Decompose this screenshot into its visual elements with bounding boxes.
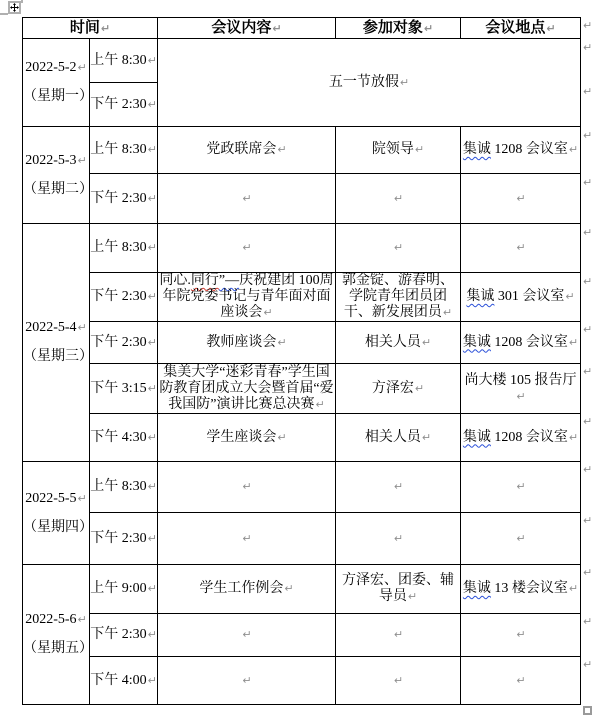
participants-cell[interactable]: 相关人员↵ bbox=[336, 322, 461, 364]
location-cell-empty[interactable]: ↵ bbox=[461, 462, 581, 513]
date-text: 2022-5-6↵ bbox=[23, 612, 89, 628]
pilcrow-mark: ↵ bbox=[277, 143, 286, 156]
document-page: 时间↵ 会议内容↵ 参加对象↵ 会议地点↵ 2022-5-2↵ （星期一） 上午… bbox=[0, 0, 599, 721]
pilcrow-mark: ↵ bbox=[148, 241, 157, 254]
pilcrow-mark: ↵ bbox=[242, 532, 251, 545]
pilcrow-mark: ↵ bbox=[400, 76, 409, 89]
time-cell[interactable]: 下午 2:30↵ bbox=[90, 322, 158, 364]
spell-wavy-text: 同行 bbox=[191, 273, 219, 288]
location-cell-empty[interactable]: ↵ bbox=[461, 614, 581, 657]
pilcrow-mark: ↵ bbox=[242, 192, 251, 205]
table-row: 下午 4:00↵ ↵ ↵ ↵ bbox=[23, 657, 581, 705]
pilcrow-mark: ↵ bbox=[394, 480, 403, 493]
pilcrow-mark: ↵ bbox=[242, 480, 251, 493]
grammar-wavy-text: 集诚 bbox=[463, 142, 491, 157]
pilcrow-mark: ↵ bbox=[583, 227, 592, 238]
pilcrow-mark: ↵ bbox=[148, 382, 157, 395]
time-cell[interactable]: 下午 2:30↵ bbox=[90, 614, 158, 657]
pilcrow-mark: ↵ bbox=[148, 674, 157, 687]
content-cell-empty[interactable]: ↵ bbox=[158, 224, 336, 273]
location-cell[interactable]: 尚大楼 105 报告厅↵ bbox=[461, 364, 581, 414]
pilcrow-mark: ↵ bbox=[242, 241, 251, 254]
header-time[interactable]: 时间↵ bbox=[23, 18, 158, 39]
time-cell[interactable]: 上午 8:30↵ bbox=[90, 127, 158, 174]
pilcrow-mark: ↵ bbox=[78, 492, 87, 505]
pilcrow-mark: ↵ bbox=[583, 324, 592, 335]
participants-cell-empty[interactable]: ↵ bbox=[336, 224, 461, 273]
participants-cell-empty[interactable]: ↵ bbox=[336, 462, 461, 513]
location-cell[interactable]: 集诚 1208 会议室↵ bbox=[461, 127, 581, 174]
location-cell-empty[interactable]: ↵ bbox=[461, 657, 581, 705]
pilcrow-mark: ↵ bbox=[78, 321, 87, 334]
table-resize-handle[interactable] bbox=[583, 706, 592, 715]
pilcrow-mark: ↵ bbox=[569, 143, 578, 156]
pilcrow-mark: ↵ bbox=[565, 290, 574, 303]
time-cell[interactable]: 上午 9:00↵ bbox=[90, 565, 158, 614]
content-cell-empty[interactable]: ↵ bbox=[158, 174, 336, 224]
pilcrow-mark: ↵ bbox=[148, 54, 157, 67]
pilcrow-mark: ↵ bbox=[101, 22, 110, 35]
table-row: 下午 2:30↵ 教师座谈会↵ 相关人员↵ 集诚 1208 会议室↵ bbox=[23, 322, 581, 364]
pilcrow-mark: ↵ bbox=[78, 613, 87, 626]
content-cell-empty[interactable]: ↵ bbox=[158, 614, 336, 657]
table-row: 下午 2:30↵ ↵ ↵ ↵ bbox=[23, 614, 581, 657]
content-cell[interactable]: 教师座谈会↵ bbox=[158, 322, 336, 364]
grammar-wavy-text: ”— bbox=[219, 273, 239, 288]
pilcrow-mark: ↵ bbox=[546, 22, 555, 35]
date-text: 2022-5-5↵ bbox=[23, 491, 89, 507]
weekday-text: （星期三） bbox=[23, 349, 89, 365]
pilcrow-mark: ↵ bbox=[424, 22, 433, 35]
header-participants[interactable]: 参加对象↵ bbox=[336, 18, 461, 39]
pilcrow-mark: ↵ bbox=[284, 582, 293, 595]
participants-cell-empty[interactable]: ↵ bbox=[336, 614, 461, 657]
content-cell-empty[interactable]: ↵ bbox=[158, 462, 336, 513]
participants-cell-empty[interactable]: ↵ bbox=[336, 174, 461, 224]
pilcrow-mark: ↵ bbox=[148, 290, 157, 303]
date-cell-thu[interactable]: 2022-5-5↵ （星期四） bbox=[23, 462, 90, 565]
time-cell[interactable]: 上午 8:30↵ bbox=[90, 224, 158, 273]
pilcrow-mark: ↵ bbox=[415, 143, 424, 156]
date-cell-mon[interactable]: 2022-5-2↵ （星期一） bbox=[23, 39, 90, 127]
pilcrow-mark: ↵ bbox=[148, 192, 157, 205]
pilcrow-mark: ↵ bbox=[583, 177, 592, 188]
location-cell[interactable]: 集诚 13 楼会议室↵ bbox=[461, 565, 581, 614]
pilcrow-mark: ↵ bbox=[148, 480, 157, 493]
time-cell[interactable]: 上午 8:30↵ bbox=[90, 462, 158, 513]
pilcrow-mark: ↵ bbox=[148, 336, 157, 349]
time-cell[interactable]: 下午 2:30↵ bbox=[90, 273, 158, 322]
content-cell[interactable]: 学生座谈会↵ bbox=[158, 414, 336, 462]
participants-cell-empty[interactable]: ↵ bbox=[336, 513, 461, 565]
table-row: 2022-5-2↵ （星期一） 上午 8:30↵ 五一节放假↵ bbox=[23, 39, 581, 83]
ruler-guide-vertical bbox=[21, 0, 23, 3]
table-row: 下午 2:30↵ ↵ ↵ ↵ bbox=[23, 513, 581, 565]
pilcrow-mark: ↵ bbox=[148, 532, 157, 545]
pilcrow-mark: ↵ bbox=[394, 192, 403, 205]
weekday-text: （星期四） bbox=[23, 520, 89, 536]
pilcrow-mark: ↵ bbox=[277, 336, 286, 349]
pilcrow-mark: ↵ bbox=[422, 336, 431, 349]
content-cell[interactable]: 集美大学“迷彩青春”学生国防教育团成立大会暨首届“爱我国防”演讲比赛总决赛↵ bbox=[158, 364, 336, 414]
pilcrow-mark: ↵ bbox=[394, 628, 403, 641]
pilcrow-mark: ↵ bbox=[583, 42, 592, 53]
pilcrow-mark: ↵ bbox=[242, 628, 251, 641]
pilcrow-mark: ↵ bbox=[408, 590, 417, 603]
date-cell-tue[interactable]: 2022-5-3↵ （星期二） bbox=[23, 127, 90, 224]
table-row: 2022-5-5↵ （星期四） 上午 8:30↵ ↵ ↵ ↵ bbox=[23, 462, 581, 513]
time-cell[interactable]: 下午 2:30↵ bbox=[90, 174, 158, 224]
time-cell[interactable]: 下午 3:15↵ bbox=[90, 364, 158, 414]
pilcrow-mark: ↵ bbox=[583, 86, 592, 97]
time-cell[interactable]: 下午 2:30↵ bbox=[90, 83, 158, 127]
location-cell[interactable]: 集诚 301 会议室↵ bbox=[461, 273, 581, 322]
date-cell-fri[interactable]: 2022-5-6↵ （星期五） bbox=[23, 565, 90, 705]
table-row: 下午 3:15↵ 集美大学“迷彩青春”学生国防教育团成立大会暨首届“爱我国防”演… bbox=[23, 364, 581, 414]
pilcrow-mark: ↵ bbox=[148, 98, 157, 111]
pilcrow-mark: ↵ bbox=[272, 22, 281, 35]
content-cell-empty[interactable]: ↵ bbox=[158, 657, 336, 705]
date-text: 2022-5-2↵ bbox=[23, 60, 89, 76]
pilcrow-mark: ↵ bbox=[516, 628, 525, 641]
ruler-guide-horizontal bbox=[0, 13, 8, 15]
location-cell-empty[interactable]: ↵ bbox=[461, 174, 581, 224]
pilcrow-mark: ↵ bbox=[394, 674, 403, 687]
pilcrow-mark: ↵ bbox=[583, 567, 592, 578]
table-row: 2022-5-6↵ （星期五） 上午 9:00↵ 学生工作例会↵ 方泽宏、团委、… bbox=[23, 565, 581, 614]
holiday-cell[interactable]: 五一节放假↵ bbox=[158, 39, 581, 127]
time-cell[interactable]: 上午 8:30↵ bbox=[90, 39, 158, 83]
grammar-wavy-text: 集诚 bbox=[463, 335, 491, 350]
pilcrow-mark: ↵ bbox=[583, 130, 592, 141]
pilcrow-mark: ↵ bbox=[583, 416, 592, 427]
date-cell-wed[interactable]: 2022-5-4↵ （星期三） bbox=[23, 224, 90, 462]
pilcrow-mark: ↵ bbox=[583, 20, 592, 31]
pilcrow-mark: ↵ bbox=[148, 143, 157, 156]
pilcrow-mark: ↵ bbox=[316, 398, 325, 411]
table-row: 2022-5-4↵ （星期三） 上午 8:30↵ ↵ ↵ ↵ bbox=[23, 224, 581, 273]
participants-cell[interactable]: 方泽宏↵ bbox=[336, 364, 461, 414]
content-cell[interactable]: 党政联席会↵ bbox=[158, 127, 336, 174]
participants-cell-empty[interactable]: ↵ bbox=[336, 657, 461, 705]
content-cell[interactable]: 学生工作例会↵ bbox=[158, 565, 336, 614]
pilcrow-mark: ↵ bbox=[242, 674, 251, 687]
header-content[interactable]: 会议内容↵ bbox=[158, 18, 336, 39]
grammar-wavy-text: 集诚 bbox=[463, 581, 491, 596]
pilcrow-mark: ↵ bbox=[78, 154, 87, 167]
table-row: 下午 4:30↵ 学生座谈会↵ 相关人员↵ 集诚 1208 会议室↵ bbox=[23, 414, 581, 462]
content-cell-empty[interactable]: ↵ bbox=[158, 513, 336, 565]
pilcrow-mark: ↵ bbox=[394, 532, 403, 545]
pilcrow-mark: ↵ bbox=[516, 241, 525, 254]
pilcrow-mark: ↵ bbox=[583, 616, 592, 627]
content-cell[interactable]: 同心.同行”—庆祝建团 100周年院党委书记与青年面对面座谈会↵ bbox=[158, 273, 336, 322]
pilcrow-mark: ↵ bbox=[516, 192, 525, 205]
pilcrow-mark: ↵ bbox=[148, 628, 157, 641]
pilcrow-mark: ↵ bbox=[516, 390, 525, 403]
pilcrow-mark: ↵ bbox=[516, 480, 525, 493]
pilcrow-mark: ↵ bbox=[78, 61, 87, 74]
table-row: 下午 2:30↵ 同心.同行”—庆祝建团 100周年院党委书记与青年面对面座谈会… bbox=[23, 273, 581, 322]
schedule-table: 时间↵ 会议内容↵ 参加对象↵ 会议地点↵ 2022-5-2↵ （星期一） 上午… bbox=[22, 17, 581, 705]
pilcrow-mark: ↵ bbox=[583, 276, 592, 287]
header-location[interactable]: 会议地点↵ bbox=[461, 18, 581, 39]
location-cell[interactable]: 集诚 1208 会议室↵ bbox=[461, 414, 581, 462]
table-header-row: 时间↵ 会议内容↵ 参加对象↵ 会议地点↵ bbox=[23, 18, 581, 39]
pilcrow-mark: ↵ bbox=[569, 336, 578, 349]
pilcrow-mark: ↵ bbox=[516, 532, 525, 545]
date-text: 2022-5-3↵ bbox=[23, 153, 89, 169]
pilcrow-mark: ↵ bbox=[569, 582, 578, 595]
table-move-handle-icon[interactable] bbox=[8, 1, 21, 14]
pilcrow-mark: ↵ bbox=[422, 431, 431, 444]
four-way-arrow-icon bbox=[10, 3, 19, 12]
pilcrow-mark: ↵ bbox=[583, 366, 592, 377]
weekday-text: （星期一） bbox=[23, 89, 89, 105]
weekday-text: （星期二） bbox=[23, 182, 89, 198]
time-cell[interactable]: 下午 4:00↵ bbox=[90, 657, 158, 705]
participants-cell[interactable]: 郭金锭、游春明、学院青年团员团干、新发展团员↵ bbox=[336, 273, 461, 322]
date-text: 2022-5-4↵ bbox=[23, 320, 89, 336]
location-cell-empty[interactable]: ↵ bbox=[461, 224, 581, 273]
pilcrow-mark: ↵ bbox=[148, 431, 157, 444]
table-row: 下午 2:30↵ ↵ ↵ ↵ bbox=[23, 174, 581, 224]
grammar-wavy-text: 集诚 bbox=[463, 430, 491, 445]
pilcrow-mark: ↵ bbox=[443, 306, 452, 319]
pilcrow-mark: ↵ bbox=[569, 431, 578, 444]
location-cell[interactable]: 集诚 1208 会议室↵ bbox=[461, 322, 581, 364]
time-cell[interactable]: 下午 2:30↵ bbox=[90, 513, 158, 565]
pilcrow-mark: ↵ bbox=[394, 241, 403, 254]
pilcrow-mark: ↵ bbox=[583, 515, 592, 526]
participants-cell[interactable]: 相关人员↵ bbox=[336, 414, 461, 462]
table-row: 2022-5-3↵ （星期二） 上午 8:30↵ 党政联席会↵ 院领导↵ 集诚 … bbox=[23, 127, 581, 174]
pilcrow-mark: ↵ bbox=[583, 464, 592, 475]
weekday-text: （星期五） bbox=[23, 641, 89, 657]
pilcrow-mark: ↵ bbox=[263, 306, 272, 319]
pilcrow-mark: ↵ bbox=[148, 582, 157, 595]
pilcrow-mark: ↵ bbox=[277, 431, 286, 444]
pilcrow-mark: ↵ bbox=[583, 659, 592, 670]
pilcrow-mark: ↵ bbox=[415, 382, 424, 395]
pilcrow-mark: ↵ bbox=[516, 674, 525, 687]
time-cell[interactable]: 下午 4:30↵ bbox=[90, 414, 158, 462]
location-cell-empty[interactable]: ↵ bbox=[461, 513, 581, 565]
participants-cell[interactable]: 院领导↵ bbox=[336, 127, 461, 174]
participants-cell[interactable]: 方泽宏、团委、辅导员↵ bbox=[336, 565, 461, 614]
grammar-wavy-text: 集诚 bbox=[466, 289, 494, 304]
